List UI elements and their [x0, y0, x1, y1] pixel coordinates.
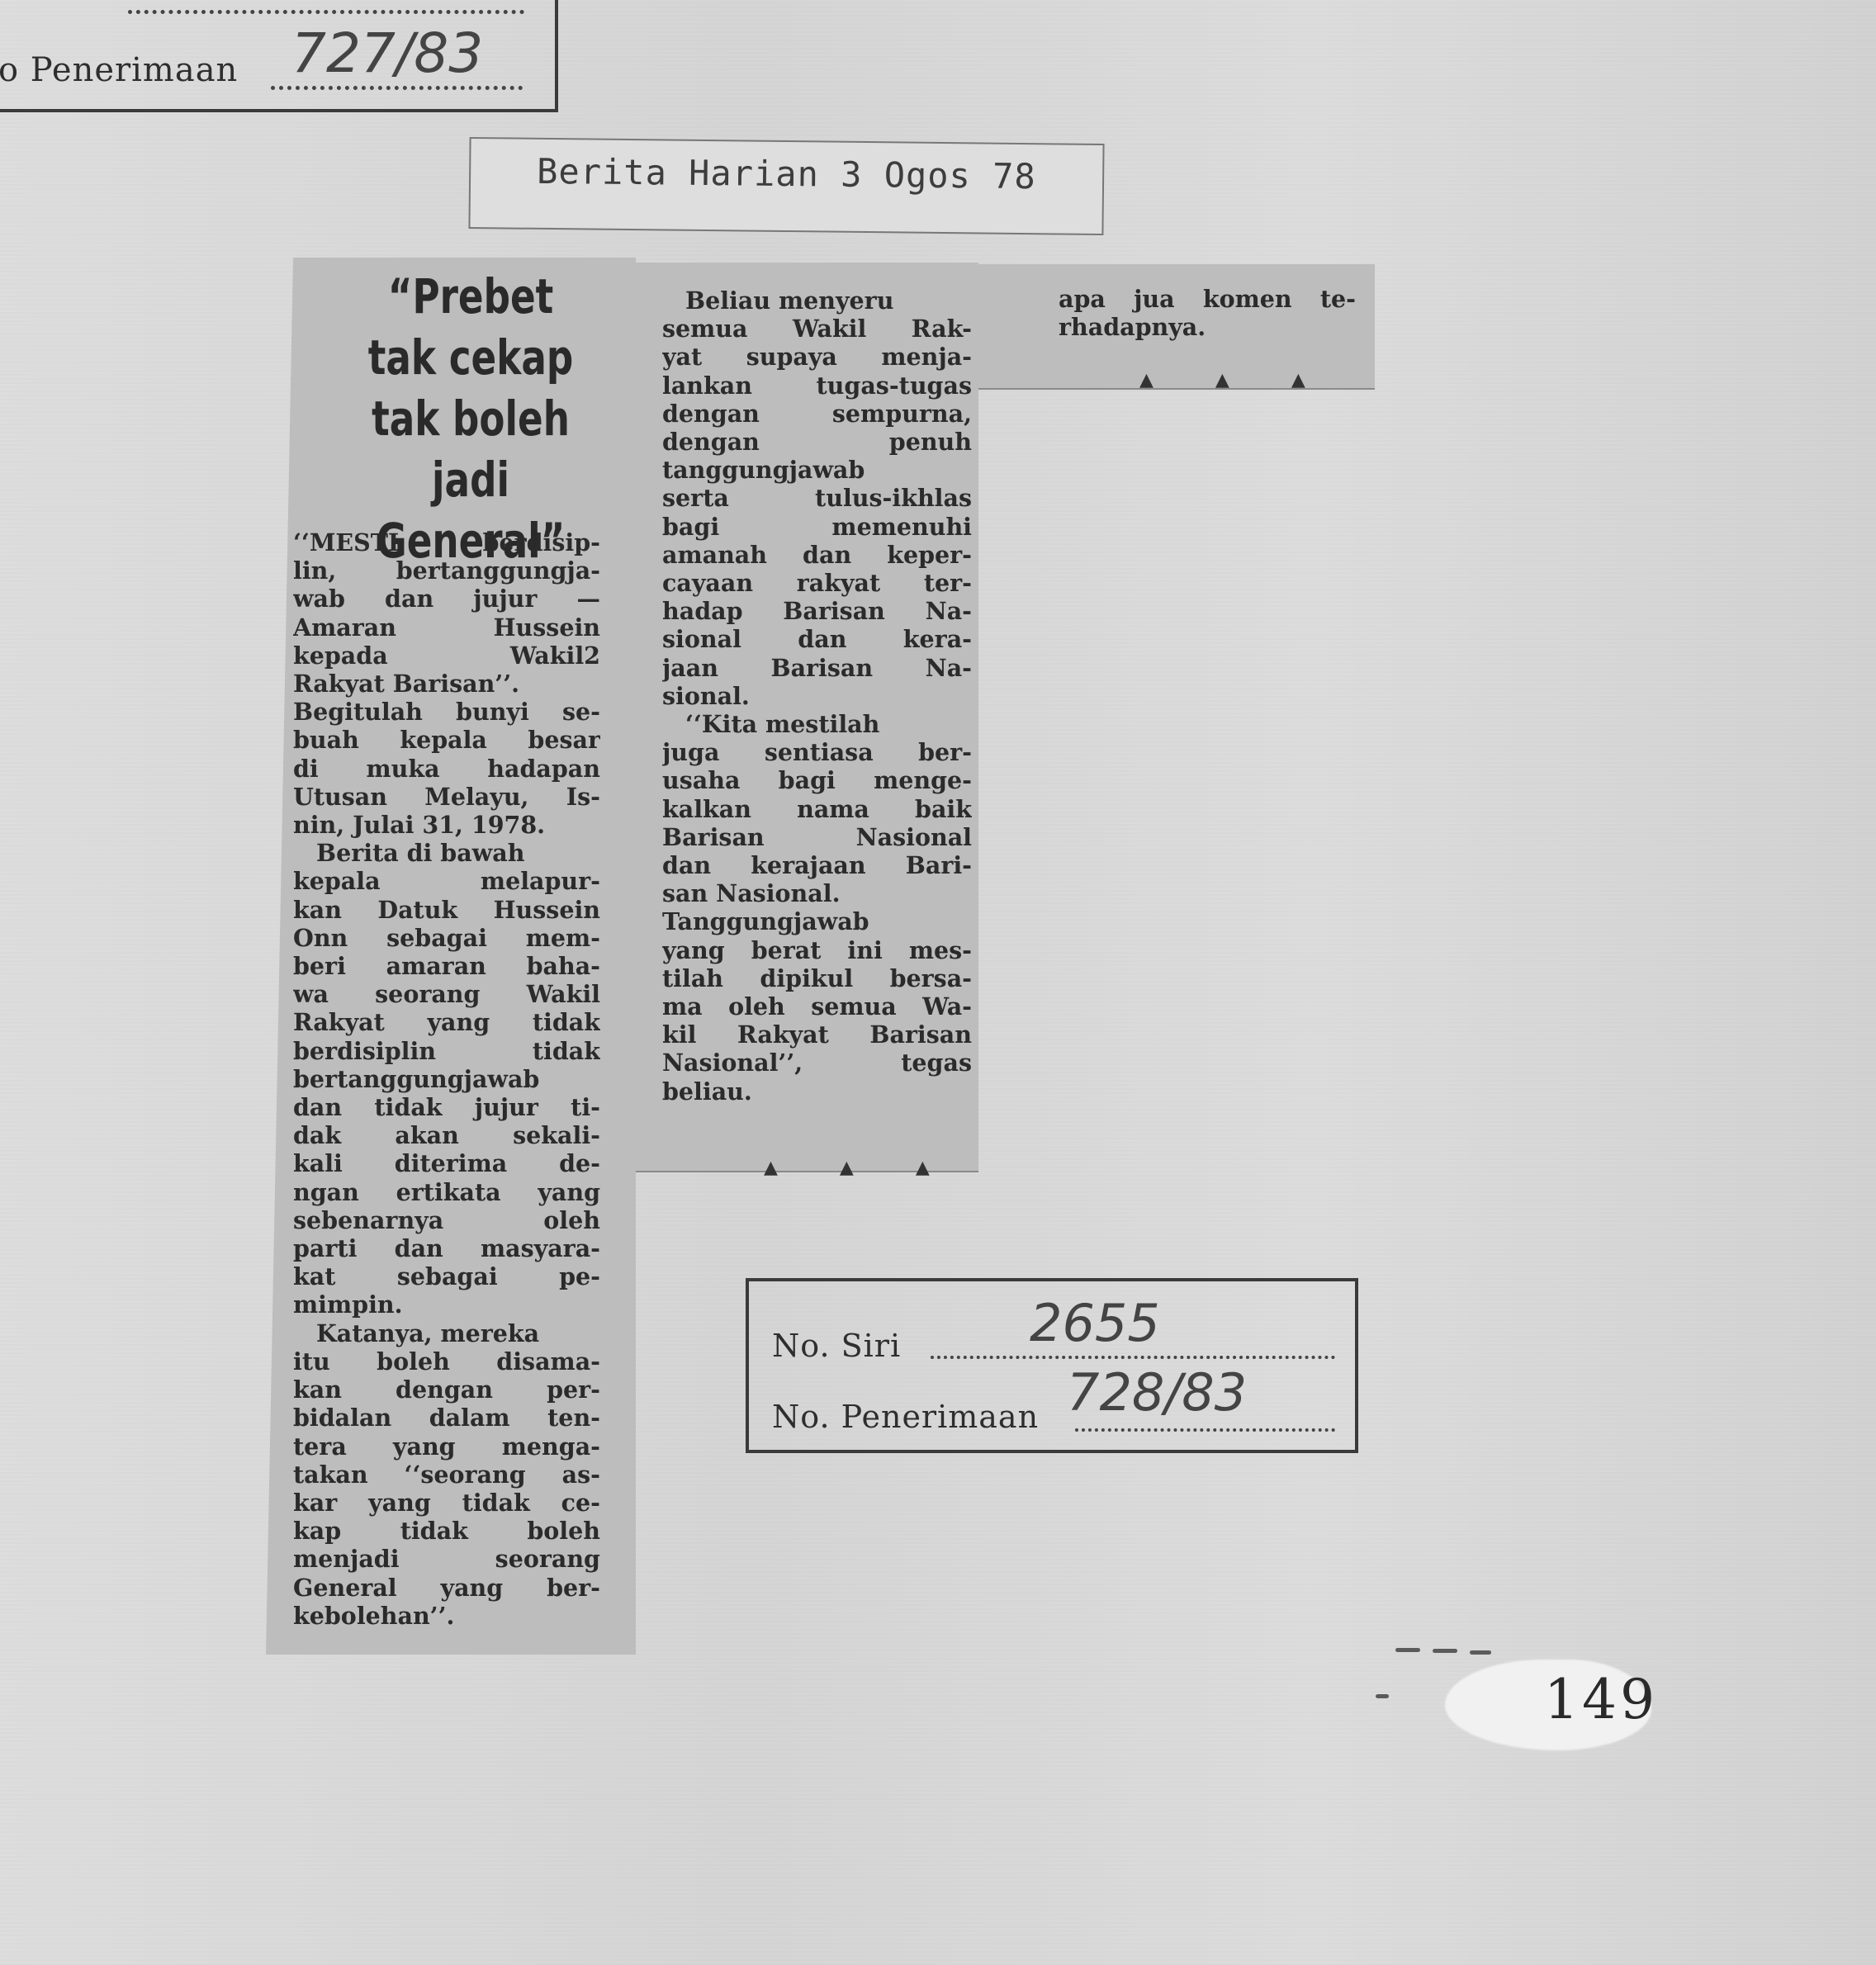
article-line: kebolehan’’. [293, 1602, 600, 1630]
article-line: usaha bagi menge- [662, 766, 972, 794]
article-line: dengan penuh [662, 428, 972, 456]
article-line: sebenarnya oleh [293, 1206, 600, 1234]
article-line: Nasional’’, tegas [662, 1049, 972, 1077]
top-stamp-siri-label: o Siri [0, 0, 93, 7]
article-line: ngan ertikata yang [293, 1178, 600, 1206]
bottom-stamp-penerimaan-value: 728/83 [1067, 1362, 1247, 1423]
bottom-stamp-siri-label: No. Siri [772, 1328, 901, 1364]
article-line: buah kepala besar [293, 726, 600, 754]
article-column-2: Beliau menyerusemua Wakil Rak-yat supaya… [662, 286, 972, 1106]
article-line: jaan Barisan Na- [662, 654, 972, 682]
article-line: kalkan nama baik [662, 795, 972, 823]
article-line: Utusan Melayu, Is- [293, 783, 600, 811]
ink-mark [1433, 1649, 1457, 1653]
article-line: wa seorang Wakil [293, 980, 600, 1008]
article-line: Katanya, mereka [293, 1319, 600, 1347]
article-line: kar yang tidak ce- [293, 1489, 600, 1517]
article-line: beliau. [662, 1077, 972, 1106]
article-line: Rakyat Barisan’’. [293, 670, 600, 698]
top-stamp-penerimaan-value: 727/83 [291, 21, 483, 85]
end-of-article-marks: ▲ ▲ ▲ [1139, 370, 1334, 391]
article-line: kil Rakyat Barisan [662, 1020, 972, 1049]
article-line: lankan tugas-tugas [662, 372, 972, 400]
bottom-stamp-penerimaan-dots [1075, 1428, 1335, 1432]
column-end-marks: ▲ ▲ ▲ [764, 1158, 958, 1178]
article-line: Beliau menyeru [662, 286, 972, 315]
article-line: juga sentiasa ber- [662, 738, 972, 766]
article-line: parti dan masyara- [293, 1234, 600, 1262]
article-line: menjadi seorang [293, 1545, 600, 1573]
article-line: sional. [662, 682, 972, 710]
article-line: lin, bertanggungja- [293, 556, 600, 585]
article-line: Rakyat yang tidak [293, 1008, 600, 1036]
article-line: rhadapnya. [1059, 313, 1356, 341]
article-line: di muka hadapan [293, 755, 600, 783]
article-line: kan dengan per- [293, 1375, 600, 1404]
article-line: wab dan jujur — [293, 585, 600, 613]
article-headline: “Prebet tak cekap tak boleh jadi General… [342, 266, 599, 571]
article-line: dak akan sekali- [293, 1121, 600, 1149]
newspaper-source-label: Berita Harian 3 Ogos 78 [468, 137, 1104, 235]
article-line: dan kerajaan Bari- [662, 851, 972, 879]
article-line: tanggungjawab [662, 456, 972, 484]
article-column-1: ‘‘MESTI berdisip-lin, bertanggungja-wab … [293, 528, 600, 1630]
article-line: nin, Julai 31, 1978. [293, 811, 600, 839]
article-line: Begitulah bunyi se- [293, 698, 600, 726]
article-line: kali diterima de- [293, 1149, 600, 1177]
bottom-stamp-penerimaan-label: No. Penerimaan [772, 1399, 1039, 1435]
headline-line: tak boleh [342, 388, 599, 449]
article-line: Onn sebagai mem- [293, 924, 600, 952]
bottom-reference-stamp: No. Siri 2655 No. Penerimaan 728/83 [746, 1278, 1358, 1453]
article-line: amanah dan keper- [662, 541, 972, 569]
article-line: beri amaran baha- [293, 952, 600, 980]
source-text: Berita Harian 3 Ogos 78 [537, 151, 1036, 196]
article-line: tilah dipikul bersa- [662, 964, 972, 992]
article-line: Tanggungjawab [662, 907, 972, 935]
article-line: General yang ber- [293, 1574, 600, 1602]
article-line: kap tidak boleh [293, 1517, 600, 1545]
article-line: sional dan kera- [662, 625, 972, 653]
article-line: itu boleh disama- [293, 1347, 600, 1375]
article-line: Berita di bawah [293, 839, 600, 867]
article-line: bertanggungjawab [293, 1065, 600, 1093]
ink-mark [1470, 1650, 1491, 1655]
article-line: kat sebagai pe- [293, 1262, 600, 1290]
bottom-stamp-siri-dots [931, 1356, 1335, 1359]
article-column-3: apa jua komen te-rhadapnya. [1059, 285, 1356, 341]
ink-mark [1395, 1648, 1420, 1652]
article-line: kepala melapur- [293, 867, 600, 895]
bottom-stamp-siri-value: 2655 [1030, 1293, 1160, 1353]
article-line: dan tidak jujur ti- [293, 1093, 600, 1121]
page-number: 149 [1544, 1668, 1658, 1731]
article-line: kepada Wakil2 [293, 642, 600, 670]
article-line: takan ‘‘seorang as- [293, 1461, 600, 1489]
article-line: ma oleh semua Wa- [662, 992, 972, 1020]
article-line: ‘‘Kita mestilah [662, 710, 972, 738]
article-line: tera yang menga- [293, 1432, 600, 1461]
article-line: mimpin. [293, 1290, 600, 1319]
top-stamp-penerimaan-dots [271, 86, 523, 90]
article-line: yat supaya menja- [662, 343, 972, 371]
top-reference-stamp: o Siri o Penerimaan 727/83 [0, 0, 558, 112]
article-line: bidalan dalam ten- [293, 1404, 600, 1432]
article-line: apa jua komen te- [1059, 285, 1356, 313]
article-line: semua Wakil Rak- [662, 315, 972, 343]
article-line: ‘‘MESTI berdisip- [293, 528, 600, 556]
top-stamp-siri-dots [128, 10, 524, 14]
article-line: dengan sempurna, [662, 400, 972, 428]
ink-mark [1376, 1694, 1389, 1698]
article-line: serta tulus-ikhlas [662, 484, 972, 512]
article-line: Amaran Hussein [293, 613, 600, 642]
article-line: bagi memenuhi [662, 513, 972, 541]
article-line: cayaan rakyat ter- [662, 569, 972, 597]
headline-line: “Prebet [342, 266, 599, 327]
article-line: san Nasional. [662, 879, 972, 907]
headline-line: tak cekap [342, 327, 599, 388]
article-line: kan Datuk Hussein [293, 896, 600, 924]
article-line: Barisan Nasional [662, 823, 972, 851]
article-line: berdisiplin tidak [293, 1037, 600, 1065]
top-stamp-penerimaan-label: o Penerimaan [0, 51, 238, 89]
article-line: yang berat ini mes- [662, 936, 972, 964]
article-line: hadap Barisan Na- [662, 597, 972, 625]
